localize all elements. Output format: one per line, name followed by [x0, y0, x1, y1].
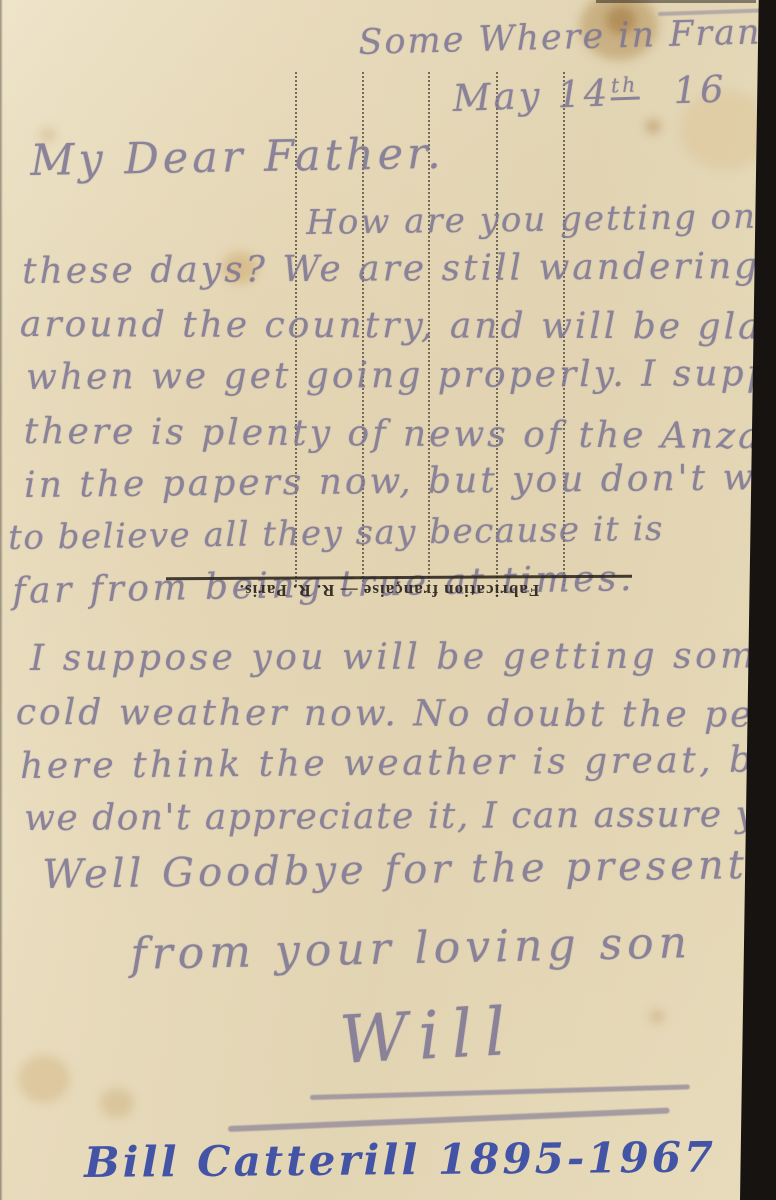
- age-stain: [650, 1010, 664, 1023]
- body-line: around the country, and will be glad: [20, 307, 776, 346]
- postcard-paper: Some Where in France May 14th16 My Dear …: [0, 0, 776, 1200]
- printed-stamp-text: Fabrication française — R. R. Paris.: [186, 580, 592, 600]
- age-stain: [100, 1088, 134, 1118]
- date-line: May 14th16: [452, 70, 727, 117]
- body-line: here think the weather is great, but: [20, 742, 776, 785]
- body-line: there is plenty of news of the Anzacs: [24, 414, 776, 455]
- body-line: in the papers now, but you don't want: [24, 460, 776, 504]
- signature-flourish: [310, 1084, 690, 1100]
- body-line: to believe all they say because it is: [8, 512, 664, 555]
- age-stain: [646, 120, 660, 133]
- body-line: these days? We are still wandering: [22, 249, 760, 290]
- location-line: Some Where in France: [358, 14, 776, 61]
- body-line: cold weather now. No doubt the people: [16, 695, 776, 734]
- date-prefix: May 14: [452, 71, 611, 119]
- body-line: I suppose you will be getting some: [30, 638, 776, 677]
- card-left-edge: [0, 0, 3, 1200]
- date-year: 16: [673, 67, 728, 112]
- card-top-edge: [596, 0, 756, 3]
- body-line: when we get going properly. I suppose: [26, 356, 776, 396]
- body-line: we don't appreciate it, I can assure you: [24, 797, 776, 837]
- closing-line: from your loving son: [130, 921, 692, 977]
- postcard-scan: Some Where in France May 14th16 My Dear …: [0, 0, 776, 1200]
- date-ordinal: th: [610, 72, 640, 100]
- age-stain: [18, 1055, 70, 1103]
- signature: Will: [338, 999, 519, 1074]
- signature-flourish: [228, 1107, 670, 1132]
- closing-line: Well Goodbye for the present: [42, 845, 748, 895]
- salutation-line: My Dear Father.: [30, 133, 445, 183]
- archival-annotation: Bill Catterill 1895-1967: [84, 1136, 716, 1184]
- body-line: How are you getting on: [306, 200, 757, 240]
